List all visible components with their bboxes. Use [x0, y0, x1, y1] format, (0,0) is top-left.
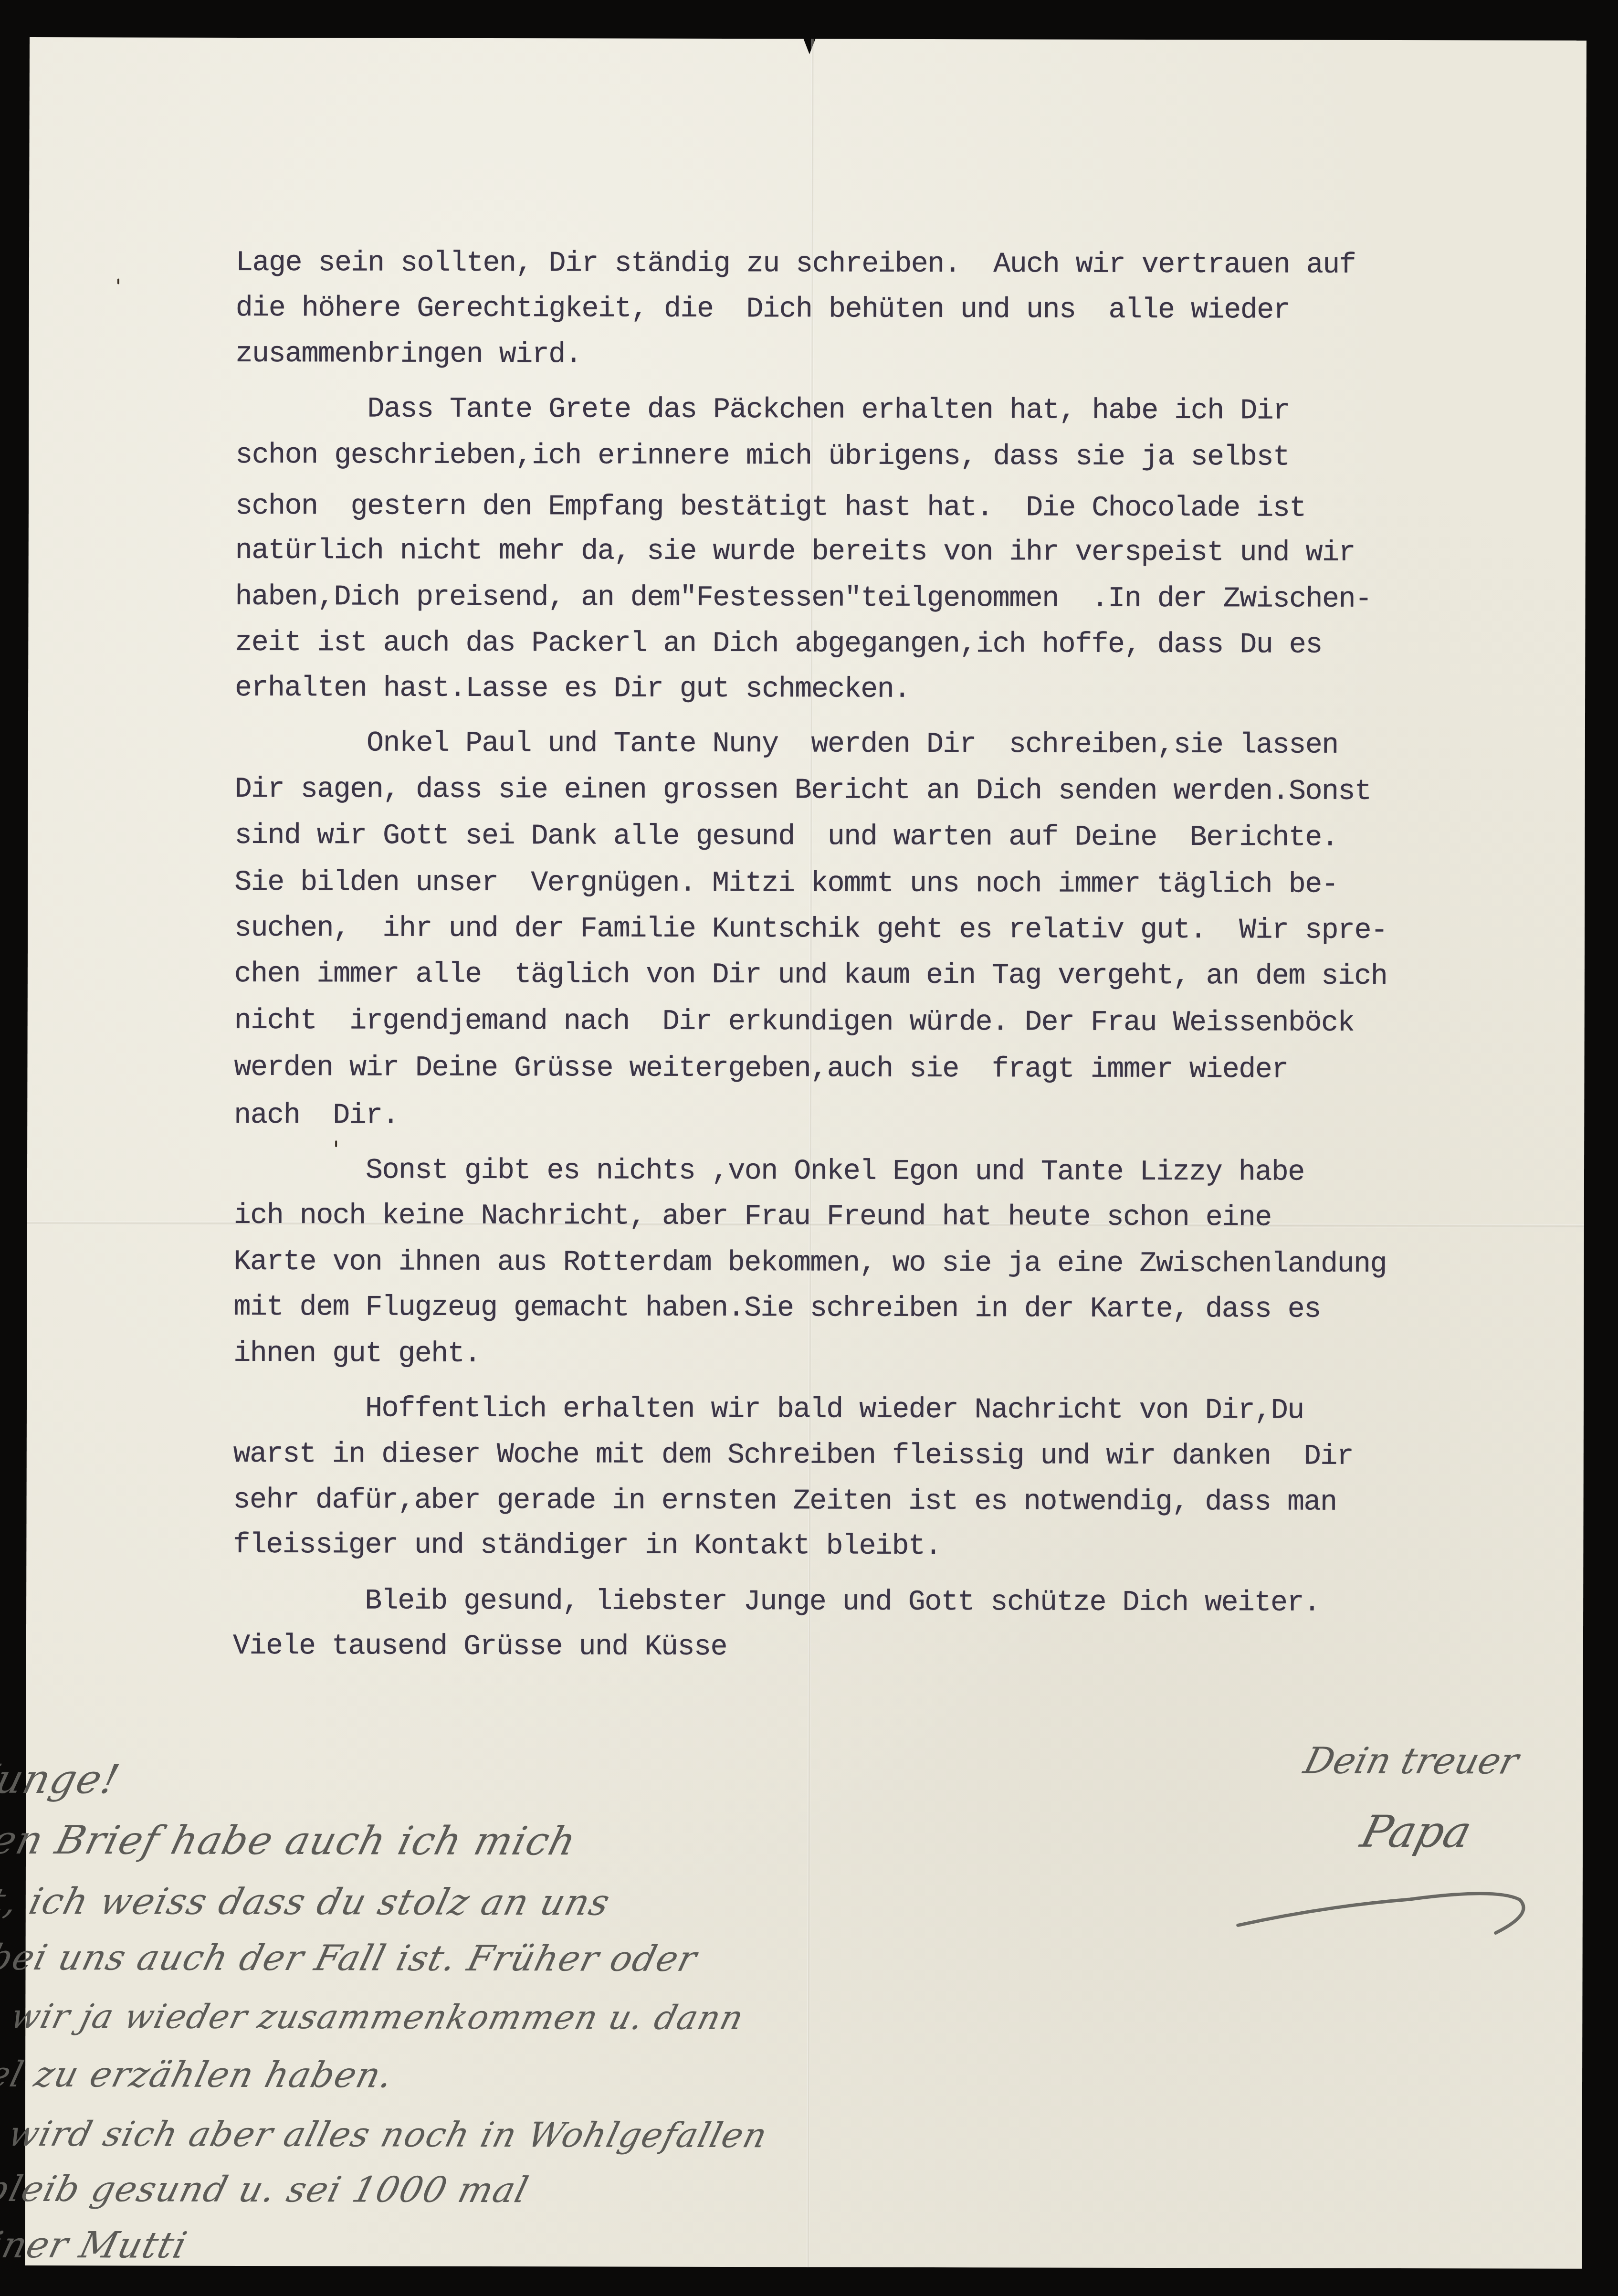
typed-line: ich noch keine Nachricht, aber Frau Freu… — [234, 1201, 1271, 1232]
letter-page: Lage sein sollten, Dir ständig zu schrei… — [25, 37, 1586, 2269]
signature-flourish — [1229, 1854, 1563, 1949]
typed-line: Dir sagen, dass sie einen grossen Berich… — [235, 775, 1371, 806]
paper-speck — [117, 278, 119, 284]
typed-line: zeit ist auch das Packerl an Dich abgega… — [235, 629, 1322, 660]
typed-line: zusammenbringen wird. — [236, 340, 582, 369]
hand-line: später werden wir ja wieder zusammenkomm… — [0, 1996, 748, 2037]
typed-body: Lage sein sollten, Dir ständig zu schrei… — [234, 38, 302, 954]
typed-line: Dass Tante Grete das Päckchen erhalten h… — [235, 395, 1289, 426]
typed-line: erhalten hast.Lasse es Dir gut schmecken… — [235, 674, 910, 704]
typed-line: Viele tausend Grüsse und Küsse — [233, 1632, 727, 1662]
typed-line: Bleib gesund, liebster Junge und Gott sc… — [233, 1587, 1320, 1618]
handwritten-note: Liebster Junge! Über Deinen Brief habe a… — [17, 37, 56, 137]
typed-line: suchen, ihr und der Familie Kuntschik ge… — [234, 914, 1387, 945]
typed-line: Lage sein sollten, Dir ständig zu schrei… — [236, 249, 1356, 280]
typed-line: haben,Dich preisend, an dem"Festessen"te… — [235, 583, 1371, 614]
signature-papa: Papa — [1356, 1806, 1477, 1857]
typed-line: warst in dieser Woche mit dem Schreiben … — [233, 1440, 1354, 1471]
vertical-fold-crease — [807, 39, 814, 2267]
typed-line: Sonst gibt es nichts ,von Onkel Egon und… — [234, 1156, 1304, 1187]
typed-line: sind wir Gott sei Dank alle gesund und w… — [234, 822, 1338, 853]
typed-line: sehr dafür,aber gerade in ernsten Zeiten… — [233, 1486, 1337, 1517]
signature-dein-treuer: Dein treuer — [1300, 1739, 1523, 1782]
hand-line: auflösen. Also bleib gesund u. sei 1000 … — [0, 2168, 533, 2211]
typed-line: werden wir Deine Grüsse weitergeben,auch… — [234, 1053, 1288, 1085]
typed-line: fleissiger und ständiger in Kontakt blei… — [233, 1531, 941, 1561]
typed-line: Sie bilden unser Vergnügen. Mitzi kommt … — [234, 868, 1338, 899]
hand-line: Liebster Junge! — [0, 1755, 125, 1802]
hand-line: Hoffentlich wird sich aber alles noch in… — [0, 2113, 772, 2156]
typed-line: nicht irgendjemand nach Dir erkundigen w… — [234, 1007, 1355, 1038]
typed-line: Karte von ihnen aus Rotterdam bekommen, … — [234, 1248, 1387, 1279]
typed-line: Onkel Paul und Tante Nuny werden Dir sch… — [235, 729, 1338, 760]
typed-line: schon gestern den Empfang bestätigt hast… — [235, 492, 1306, 523]
hand-line: sehr gefreut, ich weiss dass du stolz an… — [0, 1879, 615, 1924]
typed-line: mit dem Flugzeug gemacht haben.Sie schre… — [233, 1293, 1321, 1324]
typed-line: ihnen gut geht. — [233, 1339, 481, 1369]
typed-line: Hoffentlich erhalten wir bald wieder Nac… — [233, 1394, 1304, 1425]
typed-line: die höhere Gerechtigkeit, die Dich behüt… — [236, 294, 1290, 325]
hand-line: Über Deinen Brief habe auch ich mich — [0, 1817, 581, 1864]
typed-line: schon geschrieben,ich erinnere mich übri… — [235, 441, 1289, 472]
hand-line: werden wir viel zu erzählen haben. — [0, 2054, 398, 2096]
typed-line: nach Dir. — [234, 1101, 399, 1130]
paper-speck — [335, 1140, 337, 1147]
hand-line: geküsst von deiner Mutti — [0, 2223, 192, 2266]
typed-line: chen immer alle täglich von Dir und kaum… — [234, 960, 1387, 991]
typed-line: natürlich nicht mehr da, sie wurde berei… — [235, 537, 1355, 568]
hand-line: denkst, was bei uns auch der Fall ist. F… — [0, 1937, 702, 1980]
